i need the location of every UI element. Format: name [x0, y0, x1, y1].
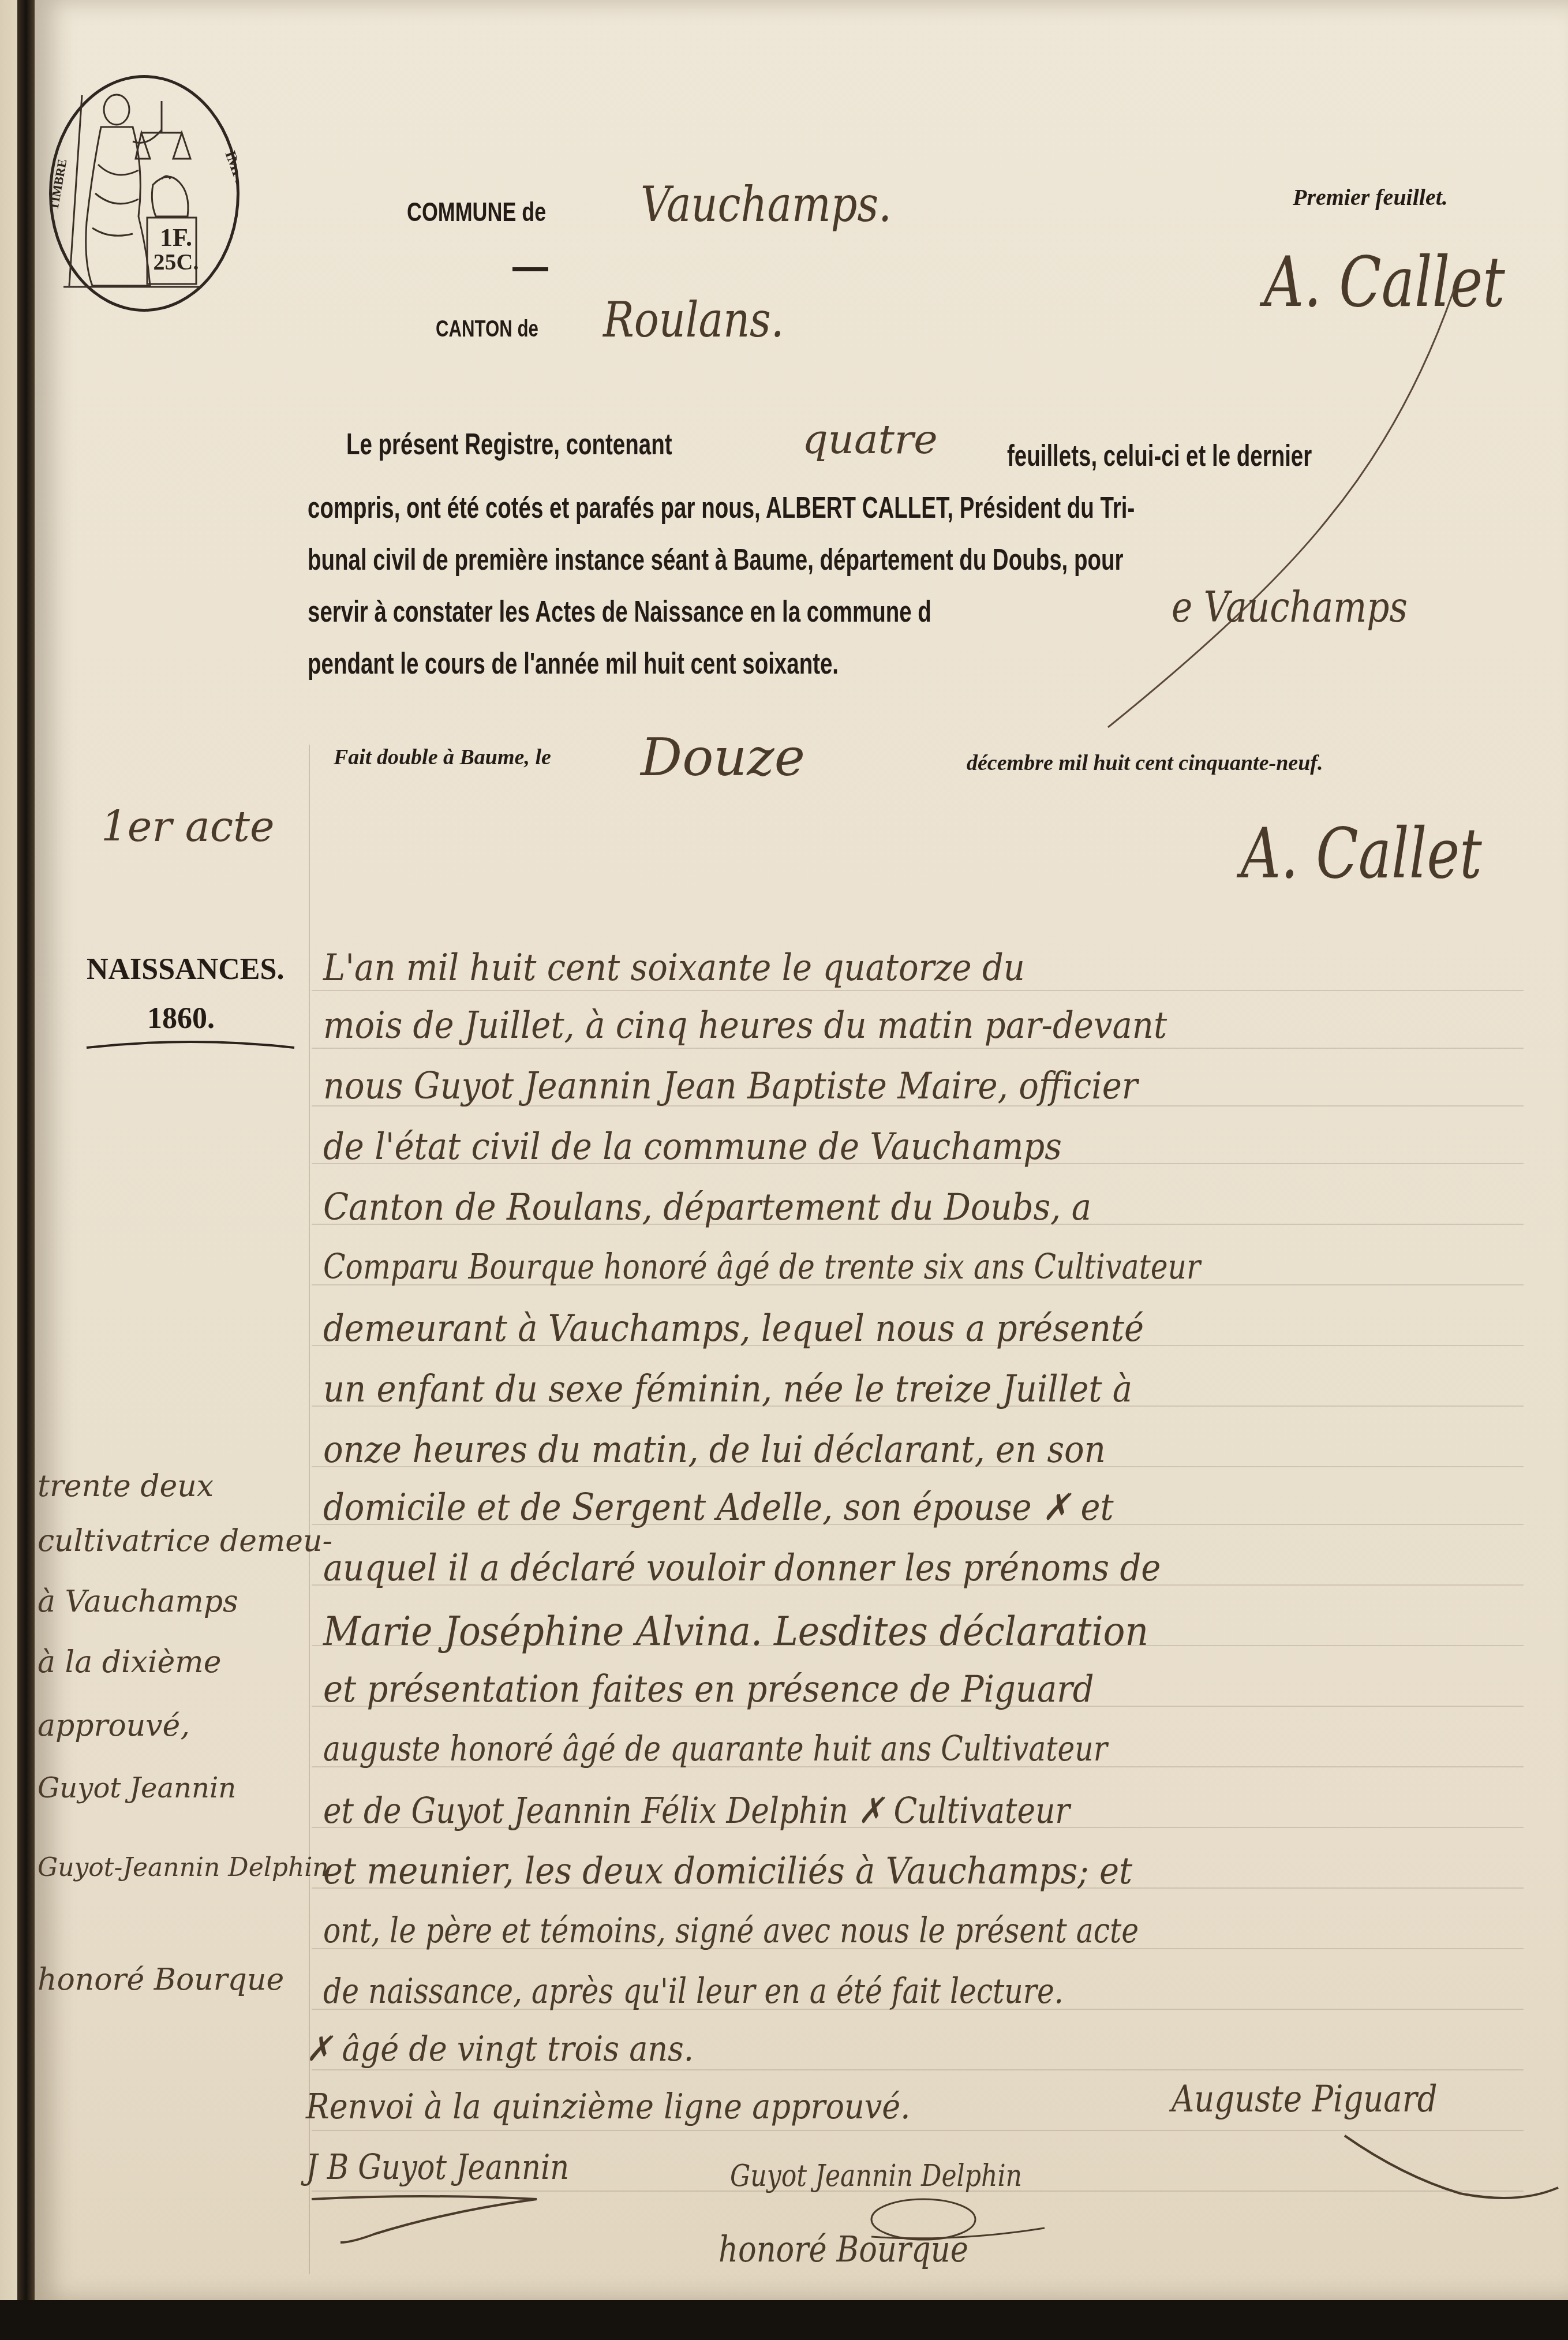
- book-gutter: [17, 0, 35, 2340]
- certification-prefix: Fait double à Baume, le: [334, 745, 551, 770]
- preamble-commune: e Vauchamps: [1172, 583, 1408, 631]
- sheet-label: Premier feuillet.: [1293, 184, 1448, 211]
- ruled-line: [312, 990, 1524, 991]
- act-line-14: auguste honoré âgé de quarante huit ans …: [323, 1729, 1107, 1769]
- margin-note-4: à la dixième: [38, 1645, 221, 1680]
- page-bottom-edge: [0, 2300, 1568, 2340]
- certification-day: Douze: [641, 727, 805, 788]
- act-line-7: demeurant à Vauchamps, lequel nous a pré…: [323, 1307, 1144, 1350]
- act-line-18: de naissance, après qu'il leur en a été …: [323, 1971, 1064, 2012]
- ruled-line: [312, 2069, 1524, 2070]
- margin-note-2: cultivatrice demeu-: [38, 1524, 332, 1558]
- act-line-16: et meunier, les deux domiciliés à Vaucha…: [323, 1850, 1132, 1893]
- margin-signature-1: Guyot Jeannin: [38, 1772, 236, 1804]
- act-line-12: Marie Joséphine Alvina. Lesdites déclara…: [323, 1608, 1148, 1655]
- tax-stamp: IMPERIAL. TIMBRE 1F. 25C.: [49, 75, 239, 312]
- act-line-3: nous Guyot Jeannin Jean Baptiste Maire, …: [323, 1065, 1137, 1108]
- act-line-6: Comparu Bourque honoré âgé de trente six…: [323, 1247, 1200, 1287]
- act-line-1: L'an mil huit cent soixante le quatorze …: [323, 947, 1025, 989]
- commune-label: COMMUNE de: [407, 196, 546, 227]
- paraph-flourish-line: [1085, 277, 1489, 739]
- margin-note-5: approuvé,: [38, 1709, 190, 1743]
- preamble-line-4a: servir à constater les Actes de Naissanc…: [308, 595, 931, 629]
- header-separator: [512, 267, 548, 271]
- preamble-line-1a: Le présent Registre, contenant: [346, 427, 672, 462]
- certification-suffix: décembre mil huit cent cinquante-neuf.: [967, 750, 1323, 776]
- section-title: NAISSANCES.: [87, 952, 284, 986]
- act-line-13: et présentation faites en présence de Pi…: [323, 1668, 1094, 1711]
- margin-note-1: trente deux: [38, 1469, 214, 1504]
- stamp-centimes: 25C.: [153, 251, 199, 274]
- act-line-19: ✗ âgé de vingt trois ans.: [306, 2029, 694, 2069]
- preamble-line-3: bunal civil de première instance séant à…: [308, 543, 1123, 577]
- svg-text:TIMBRE: TIMBRE: [52, 158, 69, 211]
- signature-mayor: J B Guyot Jeannin: [306, 2147, 569, 2188]
- leaf-count: quatre: [802, 416, 938, 463]
- act-line-10: domicile et de Sergent Adelle, son épous…: [323, 1486, 1114, 1529]
- act-line-4: de l'état civil de la commune de Vaucham…: [323, 1126, 1062, 1168]
- svg-text:IMPERIAL.: IMPERIAL.: [222, 148, 237, 230]
- section-year: 1860.: [147, 1001, 215, 1036]
- stamp-value: 1F. 25C.: [153, 225, 199, 274]
- preamble-line-1b: feuillets, celui-ci et le dernier: [1007, 439, 1312, 473]
- commune-value: Vauchamps.: [641, 176, 892, 233]
- mayor-signature-flourish: [306, 2188, 548, 2251]
- preamble-line-2: compris, ont été cotés et parafés par no…: [308, 491, 1135, 525]
- act-line-17: ont, le père et témoins, signé avec nous…: [323, 1911, 1139, 1951]
- act-line-15: et de Guyot Jeannin Félix Delphin ✗ Cult…: [323, 1789, 1070, 1831]
- canton-value: Roulans.: [603, 291, 784, 348]
- margin-signature-2: Guyot-Jeannin Delphin: [38, 1853, 329, 1882]
- act-number: 1er acte: [101, 802, 275, 851]
- certification-signature: A. Callet: [1241, 814, 1482, 894]
- act-line-5: Canton de Roulans, département du Doubs,…: [323, 1186, 1091, 1229]
- margin-flourish: [81, 1033, 300, 1056]
- witness-1-signature-flourish: [1333, 2130, 1564, 2222]
- justice-figure-with-eagle-icon: IMPERIAL. TIMBRE: [52, 78, 237, 309]
- act-line-8: un enfant du sexe féminin, née le treize…: [323, 1368, 1132, 1411]
- signature-witness-1: Auguste Piguard: [1172, 2078, 1438, 2121]
- canton-label: CANTON de: [436, 316, 538, 342]
- preamble-line-5: pendant le cours de l'année mil huit cen…: [308, 646, 839, 681]
- act-line-9: onze heures du matin, de lui déclarant, …: [323, 1429, 1106, 1471]
- stamp-francs: 1F.: [153, 225, 199, 251]
- act-line-20: Renvoi à la quinzième ligne approuvé.: [306, 2087, 910, 2127]
- margin-signature-3: honoré Bourque: [38, 1963, 284, 1997]
- act-line-2: mois de Juillet, à cinq heures du matin …: [323, 1004, 1167, 1047]
- signature-father: honoré Bourque: [718, 2228, 968, 2270]
- act-line-11: auquel il a déclaré vouloir donner les p…: [323, 1547, 1161, 1590]
- margin-note-3: à Vauchamps: [38, 1584, 238, 1619]
- ruled-line: [312, 1048, 1524, 1049]
